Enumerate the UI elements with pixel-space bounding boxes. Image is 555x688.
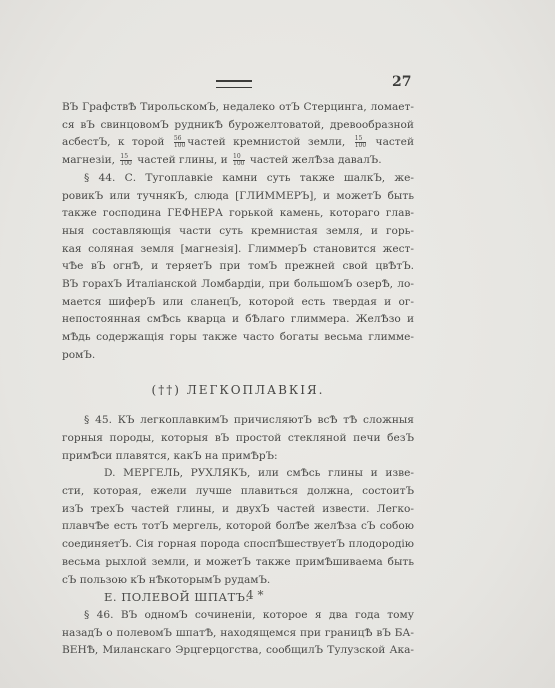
text-line: сти, которая, ежели лучше плавиться долж… <box>62 483 414 501</box>
text-line: соединяетЪ. Сія горная порода споспѢшест… <box>62 536 414 554</box>
fraction: 56100 <box>174 136 185 149</box>
section-heading: (††) ЛЕГКОПЛАВКІЯ. <box>62 382 414 400</box>
text-line: ВЪ ГрафствѢ ТирольскомЪ, недалеко отЪ Ст… <box>62 99 414 117</box>
text-line: ся вЪ свинцовомЪ рудникѢ бурожелтоватой,… <box>62 117 414 135</box>
text-line: чѢе вЪ огнѢ, и теряетЪ при томЪ прежней … <box>62 258 414 276</box>
text-line: изЪ трехЪ частей глины, и двухЪ частей и… <box>62 501 414 519</box>
text-line: также господина ГЕФНЕРА горькой камень, … <box>62 205 414 223</box>
paragraph-continuation: ВЪ ГрафствѢ ТирольскомЪ, недалеко отЪ Ст… <box>62 99 414 170</box>
sub-heading-feldspar: E. ПОЛЕВОЙ ШПАТЪ. <box>62 589 414 607</box>
paragraph-section-46: § 46. ВЪ одномЪ сочиненіи, которое я два… <box>62 607 414 660</box>
text-line: весьма рыхлой земли, и можетЪ также прим… <box>62 554 414 572</box>
fraction: 10100 <box>233 154 244 167</box>
header-ornament-rule <box>216 80 252 88</box>
page-body-text: ВЪ ГрафствѢ ТирольскомЪ, недалеко отЪ Ст… <box>62 99 414 660</box>
paragraph-section-44: § 44. С. Тугоплавкіе камни суть также ша… <box>62 170 414 365</box>
text-line: назадЪ о полевомЪ шпатѢ, находящемся при… <box>62 625 414 643</box>
fraction: 15100 <box>355 136 366 149</box>
text-line: плавчѢе есть тотЪ мергель, которой болѢе… <box>62 518 414 536</box>
text-line: ровикЪ или тучнякЪ, слюда [ГЛИММЕРЪ], и … <box>62 188 414 206</box>
book-page: 27 ВЪ ГрафствѢ ТирольскомЪ, недалеко отЪ… <box>0 0 555 688</box>
text-line: § 45. КЪ легкоплавкимЪ причисляютЪ всѢ т… <box>62 412 414 430</box>
text-line: мается шиферЪ или сланецЪ, которой есть … <box>62 294 414 312</box>
text-line: примѢси плавятся, какЪ на примѢрЪ: <box>62 448 414 466</box>
text-line: кая соляная земля [магнезія]. ГлиммерЪ с… <box>62 241 414 259</box>
text-line: ныя составляющія части суть кремнистая з… <box>62 223 414 241</box>
text-line: D. МЕРГЕЛЬ, РУХЛЯКЪ, или смѢсь глины и и… <box>62 465 414 483</box>
page-number: 27 <box>392 74 411 90</box>
text-line: ВЕНѢ, Миланскаго Эрцгерцогства, сообщилЪ… <box>62 642 414 660</box>
text-line: непостоянная смѢсь кварца и бѢлаго глимм… <box>62 311 414 329</box>
text-line-with-fractions: асбестЪ, к торой 56100частей кремнистой … <box>62 134 414 152</box>
paragraph-marl: D. МЕРГЕЛЬ, РУХЛЯКЪ, или смѢсь глины и и… <box>62 465 414 589</box>
fraction: 15100 <box>120 154 131 167</box>
text-line: ромЪ. <box>62 347 414 365</box>
text-line: сЪ пользою кЪ нѢкоторымЪ рудамЪ. <box>62 572 414 590</box>
text-line: § 44. С. Тугоплавкіе камни суть также ша… <box>62 170 414 188</box>
paragraph-section-45: § 45. КЪ легкоплавкимЪ причисляютЪ всѢ т… <box>62 412 414 465</box>
text-line: мѢдь содержащія горы также часто богаты … <box>62 329 414 347</box>
text-line: горныя породы, которыя вЪ простой стекля… <box>62 430 414 448</box>
text-line: ВЪ горахЪ Италіанской Ломбардіи, при бол… <box>62 276 414 294</box>
text-line-with-fractions: магнезіи, 15100 частей глины, и 10100 ча… <box>62 152 414 170</box>
text-line: § 46. ВЪ одномЪ сочиненіи, которое я два… <box>62 607 414 625</box>
signature-mark: 4 * <box>246 588 263 602</box>
